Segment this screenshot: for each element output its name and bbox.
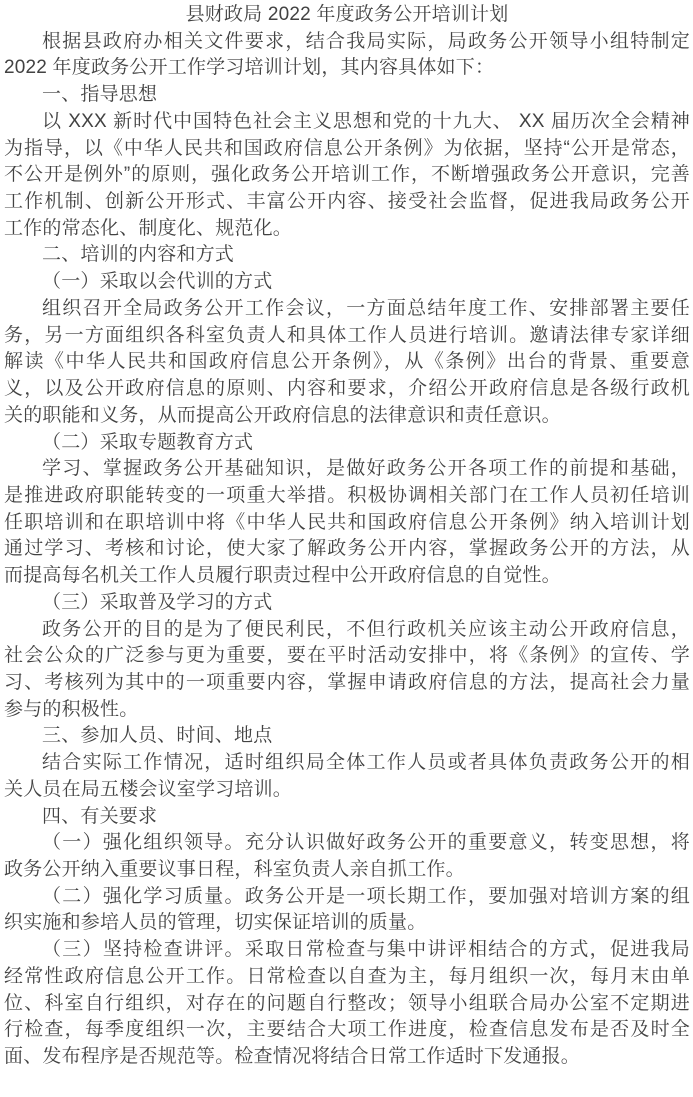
document-line: （一）采取以会代训的方式: [4, 269, 690, 296]
document-line: 以 XXX 新时代中国特色社会主义思想和党的十九大、 XX 届历次全会精神: [4, 109, 690, 136]
document-body: 根据县政府办相关文件要求，结合我局实际，局政务公开领导小组特制定2022 年度政…: [4, 29, 690, 1071]
document-line: 二、培训的内容和方式: [4, 242, 690, 269]
document-line: 四、有关要求: [4, 804, 690, 831]
document-line: 习、考核列为其中的一项重要内容，掌握申请政府信息的方法，提高社会力量: [4, 670, 690, 697]
document-line: 不公开是例外”的原则，强化政务公开培训工作，不断增强政务公开意识，完善: [4, 162, 690, 189]
document-line: 织实施和参培人员的管理，切实保证培训的质量。: [4, 910, 690, 937]
document-line: 通过学习、考核和讨论，使大家了解政务公开内容，掌握政务公开的方法，从: [4, 536, 690, 563]
document-line: 为指导，以《中华人民共和国政府信息公开条例》为依据，坚持“公开是常态，: [4, 136, 690, 163]
document-line: 参与的积极性。: [4, 697, 690, 724]
document-line: 组织召开全局政务公开工作会议，一方面总结年度工作、安排部署主要任: [4, 296, 690, 323]
document-line: 社会公众的广泛参与更为重要，要在平时活动安排中，将《条例》的宣传、学: [4, 643, 690, 670]
document-line: 一、指导思想: [4, 82, 690, 109]
document-line: 义，以及公开政府信息的原则、内容和要求，介绍公开政府信息是各级行政机: [4, 376, 690, 403]
document-line: 2022 年度政务公开工作学习培训计划，其内容具体如下：: [4, 55, 690, 82]
document-line: 经常性政府信息公开工作。日常检查以自查为主，每月组织一次，每月末由单: [4, 964, 690, 991]
document-line: 工作机制、创新公开形式、丰富公开内容、接受社会监督，促进我局政务公开: [4, 189, 690, 216]
document-line: 任职培训和在职培训中将《中华人民共和国政府信息公开条例》纳入培训计划: [4, 510, 690, 537]
document-line: 解读《中华人民共和国政府信息公开条例》，从《条例》出台的背景、重要意: [4, 349, 690, 376]
document-line: 政务公开的目的是为了便民利民，不但行政机关应该主动公开政府信息，: [4, 617, 690, 644]
document-line: 而提高每名机关工作人员履行职责过程中公开政府信息的自觉性。: [4, 563, 690, 590]
document-line: 三、参加人员、时间、地点: [4, 723, 690, 750]
document-line: 政务公开纳入重要议事日程，科室负责人亲自抓工作。: [4, 857, 690, 884]
document-line: （三）采取普及学习的方式: [4, 590, 690, 617]
document-page: 县财政局 2022 年度政务公开培训计划 根据县政府办相关文件要求，结合我局实际…: [0, 0, 693, 1097]
document-line: （二）采取专题教育方式: [4, 430, 690, 457]
document-line: 是推进政府职能转变的一项重大举措。积极协调相关部门在工作人员初任培训: [4, 483, 690, 510]
document-line: 学习、掌握政务公开基础知识，是做好政务公开各项工作的前提和基础，: [4, 456, 690, 483]
document-line: 工作的常态化、制度化、规范化。: [4, 216, 690, 243]
document-line: 根据县政府办相关文件要求，结合我局实际，局政务公开领导小组特制定: [4, 29, 690, 56]
document-line: 位、科室自行组织，对存在的问题自行整改；领导小组联合局办公室不定期进: [4, 991, 690, 1018]
document-line: 结合实际工作情况，适时组织局全体工作人员或者具体负责政务公开的相: [4, 750, 690, 777]
document-line: （一）强化组织领导。充分认识做好政务公开的重要意义，转变思想，将: [4, 830, 690, 857]
document-line: 行检查，每季度组织一次，主要结合大项工作进度，检查信息发布是否及时全: [4, 1017, 690, 1044]
document-line: 面、发布程序是否规范等。检查情况将结合日常工作适时下发通报。: [4, 1044, 690, 1071]
document-line: （二）强化学习质量。政务公开是一项长期工作，要加强对培训方案的组: [4, 884, 690, 911]
document-line: 关的职能和义务，从而提高公开政府信息的法律意识和责任意识。: [4, 403, 690, 430]
document-line: （三）坚持检查讲评。采取日常检查与集中讲评相结合的方式，促进我局: [4, 937, 690, 964]
document-title: 县财政局 2022 年度政务公开培训计划: [4, 2, 690, 29]
document-line: 务，另一方面组织各科室负责人和具体工作人员进行培训。邀请法律专家详细: [4, 323, 690, 350]
document-line: 关人员在局五楼会议室学习培训。: [4, 777, 690, 804]
